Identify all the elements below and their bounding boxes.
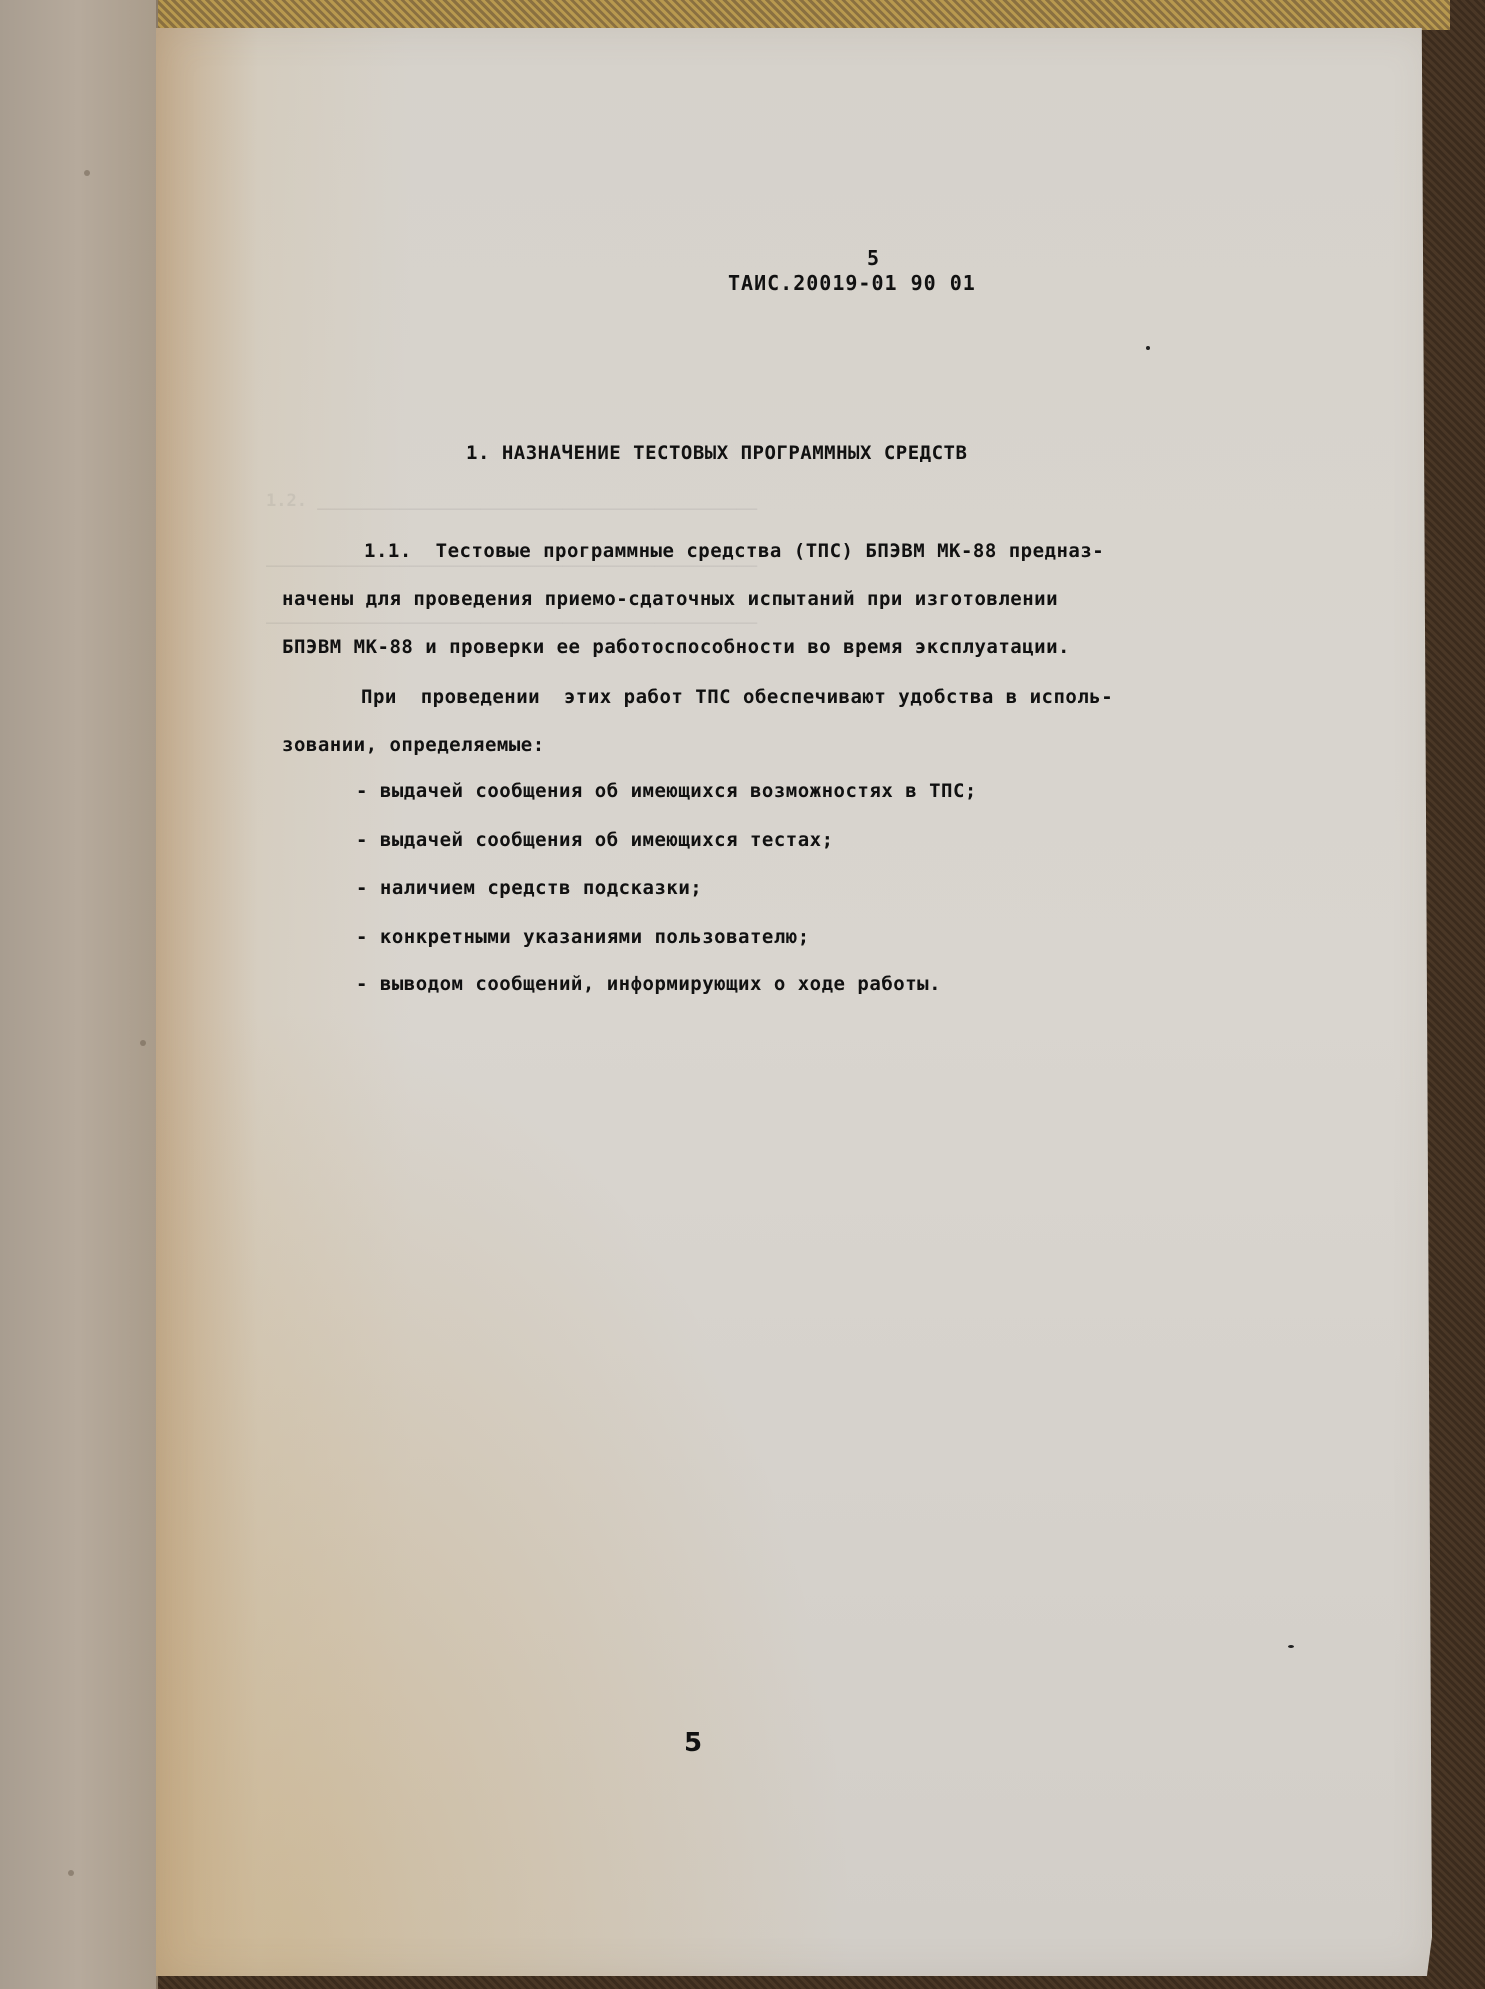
document-content: 5 ТАИС.20019-01 90 01 1. НАЗНАЧЕНИЕ ТЕСТ… bbox=[156, 28, 1432, 1976]
paragraph-line: начены для проведения приемо-сдаточных и… bbox=[282, 588, 1058, 610]
paper-speck bbox=[1288, 1645, 1294, 1648]
paragraph-line: 1.1. Тестовые программные средства (ТПС)… bbox=[364, 540, 1104, 562]
list-item: - конкретными указаниями пользователю; bbox=[356, 926, 810, 948]
footer-page-number: 5 bbox=[684, 1728, 702, 1758]
table-pattern-strip bbox=[150, 0, 1450, 30]
paragraph-line: БПЭВМ МК-88 и проверки ее работоспособно… bbox=[282, 636, 1070, 658]
paragraph-line: зовании, определяемые: bbox=[282, 734, 545, 756]
paper-speck bbox=[84, 170, 90, 176]
paper-speck bbox=[68, 1870, 74, 1876]
list-item: - выдачей сообщения об имеющихся тестах; bbox=[356, 829, 834, 851]
document-code: ТАИС.20019-01 90 01 bbox=[728, 271, 976, 295]
list-item: - наличием средств подсказки; bbox=[356, 877, 702, 899]
section-title: 1. НАЗНАЧЕНИЕ ТЕСТОВЫХ ПРОГРАММНЫХ СРЕДС… bbox=[466, 442, 967, 464]
paper-speck bbox=[140, 1040, 146, 1046]
document-page: 1.2. ___________________________________… bbox=[156, 28, 1432, 1976]
header-page-number: 5 bbox=[856, 246, 890, 270]
paragraph-line: При проведении этих работ ТПС обеспечива… bbox=[361, 686, 1113, 708]
previous-page-edge bbox=[0, 0, 158, 1989]
list-item: - выдачей сообщения об имеющихся возможн… bbox=[356, 780, 977, 802]
paper-speck bbox=[1146, 346, 1150, 350]
list-item: - выводом сообщений, информирующих о ход… bbox=[356, 973, 941, 995]
